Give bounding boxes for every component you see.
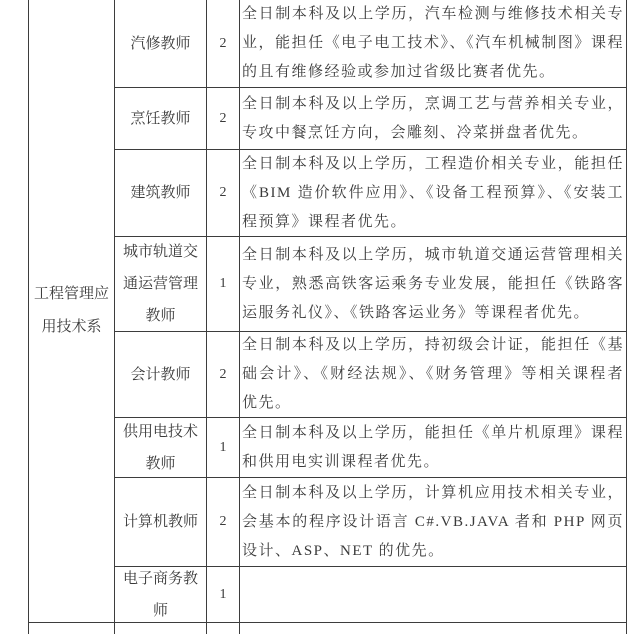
requirement-cell: 全日制本科及以上学历，计算机应用技术相关专业，会基本的程序设计语言 C#.VB.…	[240, 478, 627, 566]
requirement-text: 全日制本科及以上学历，计算机应用技术相关专业，会基本的程序设计语言 C#.VB.…	[242, 479, 624, 566]
requirement-text: 全日制本科及以上学历，能担任《单片机原理》课程和供用电实训课程者优先。	[242, 419, 624, 477]
position-cell	[115, 623, 207, 634]
position-cell: 计算机教师	[115, 478, 207, 566]
position-cell: 烹饪教师	[115, 88, 207, 149]
recruitment-table: 工程管理应用技术系 汽修教师 2 全日制本科及以上学历，汽车检测与维修技术相关专…	[28, 0, 627, 634]
requirement-cell: 全日制本科及以上学历，城市轨道交通运营管理相关专业，熟悉高铁客运乘务专业发展，能…	[240, 237, 627, 331]
count-cell: 1	[207, 237, 240, 331]
table-row: 电子商务教师 1	[115, 567, 627, 623]
requirement-cell	[240, 567, 627, 622]
requirement-text: 全日制本科及以上学历，城市轨道交通运营管理相关专业，熟悉高铁客运乘务专业发展，能…	[242, 241, 624, 328]
position-cell: 电子商务教师	[115, 567, 207, 622]
requirement-cell: 全日制本科及以上学历，能担任《单片机原理》课程和供用电实训课程者优先。	[240, 418, 627, 477]
requirement-text: 全日制本科及以上学历，工程造价相关专业，能担任《BIM 造价软件应用》、《设备工…	[242, 150, 624, 236]
requirement-cell: 全日制本科及以上学历，烹调工艺与营养相关专业，专攻中餐烹饪方向，会雕刻、冷菜拼盘…	[240, 88, 627, 149]
position-cell: 会计教师	[115, 332, 207, 417]
count-cell: 2	[207, 478, 240, 566]
position-cell: 城市轨道交通运营管理教师	[115, 237, 207, 331]
count-cell: 1	[207, 567, 240, 622]
requirement-text: 全日制本科及以上学历，汽车检测与维修技术相关专业，能担任《电子电工技术》、《汽车…	[242, 0, 624, 87]
requirement-cell: 全日制本科及以上学历，持初级会计证，能担任《基础会计》、《财经法规》、《财务管理…	[240, 332, 627, 417]
count-cell: 2	[207, 332, 240, 417]
table-row: 计算机教师 2 全日制本科及以上学历，计算机应用技术相关专业，会基本的程序设计语…	[115, 478, 627, 567]
position-cell: 汽修教师	[115, 0, 207, 87]
requirement-cell: 全日制本科及以上学历，汽车检测与维修技术相关专业，能担任《电子电工技术》、《汽车…	[240, 0, 627, 87]
count-cell: 2	[207, 88, 240, 149]
requirement-cell: 全日制本科及以上学历，工程造价相关专业，能担任《BIM 造价软件应用》、《设备工…	[240, 150, 627, 236]
count-cell: 1	[207, 418, 240, 477]
department-cell: 工程管理应用技术系	[28, 0, 115, 623]
table-row: 会计教师 2 全日制本科及以上学历，持初级会计证，能担任《基础会计》、《财经法规…	[115, 332, 627, 418]
count-cell	[207, 623, 240, 634]
position-cell: 建筑教师	[115, 150, 207, 236]
count-cell: 2	[207, 150, 240, 236]
table-row: 建筑教师 2 全日制本科及以上学历，工程造价相关专业，能担任《BIM 造价软件应…	[115, 150, 627, 237]
count-cell: 2	[207, 0, 240, 87]
table-row: 供用电技术教师 1 全日制本科及以上学历，能担任《单片机原理》课程和供用电实训课…	[115, 418, 627, 478]
department-column: 工程管理应用技术系	[28, 0, 115, 634]
requirement-text: 全日制本科及以上学历，持初级会计证，能担任《基础会计》、《财经法规》、《财务管理…	[242, 332, 624, 417]
table-row: 汽修教师 2 全日制本科及以上学历，汽车检测与维修技术相关专业，能担任《电子电工…	[115, 0, 627, 88]
table-row-partial	[115, 623, 627, 634]
department-name: 工程管理应用技术系	[33, 278, 110, 344]
table-row: 烹饪教师 2 全日制本科及以上学历，烹调工艺与营养相关专业，专攻中餐烹饪方向，会…	[115, 88, 627, 150]
position-cell: 供用电技术教师	[115, 418, 207, 477]
requirement-text: 全日制本科及以上学历，烹调工艺与营养相关专业，专攻中餐烹饪方向，会雕刻、冷菜拼盘…	[242, 90, 624, 148]
table-row: 城市轨道交通运营管理教师 1 全日制本科及以上学历，城市轨道交通运营管理相关专业…	[115, 237, 627, 332]
department-cell-partial	[28, 623, 115, 634]
requirement-cell	[240, 623, 627, 634]
table-rows: 汽修教师 2 全日制本科及以上学历，汽车检测与维修技术相关专业，能担任《电子电工…	[115, 0, 627, 634]
